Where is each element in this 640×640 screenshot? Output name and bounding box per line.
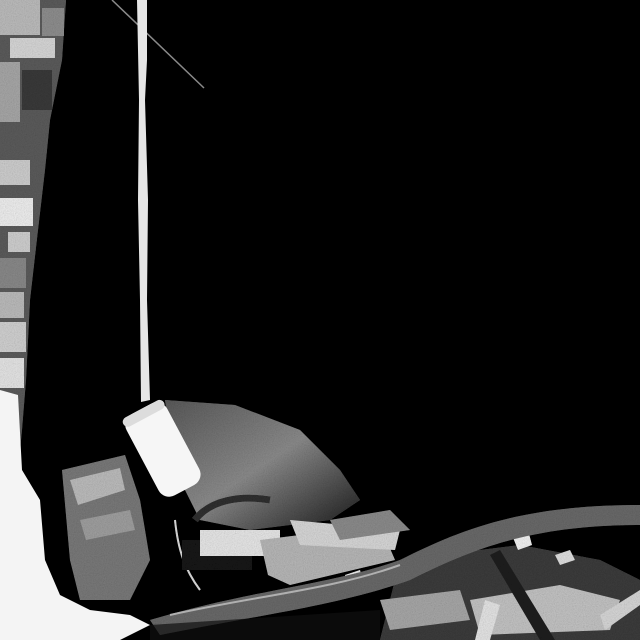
photo-scene: Pitch-black night background Crumbling b… bbox=[0, 0, 640, 640]
